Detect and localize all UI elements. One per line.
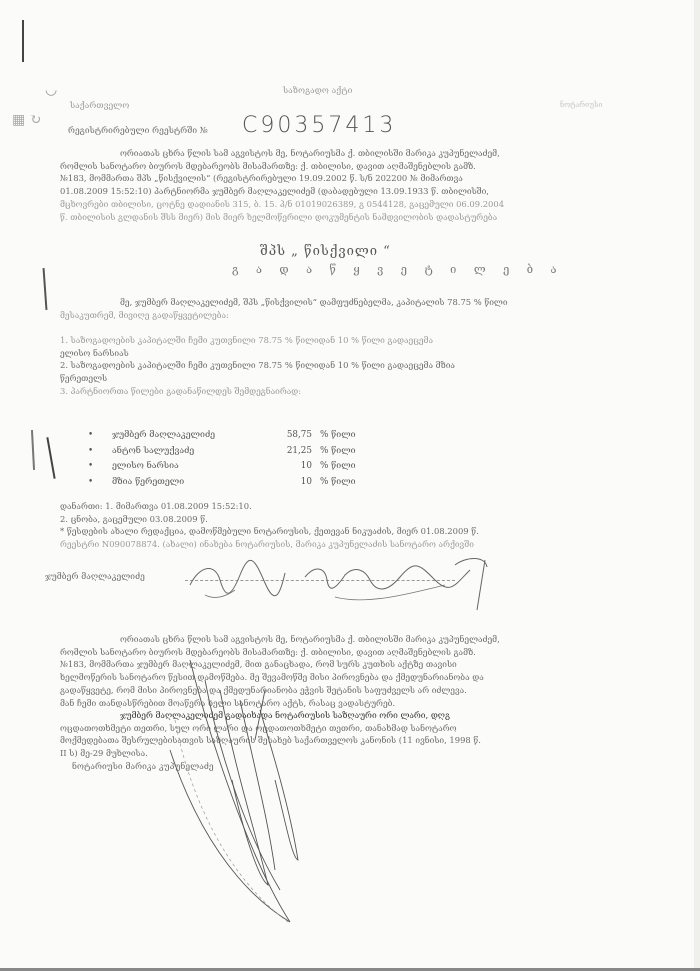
decision-intro: მე, ჯუმბერ მაღლაკელიძემ, შპს „წისქვილის“… <box>60 296 645 321</box>
margin-mark <box>31 430 35 470</box>
share-unit: % წილი <box>320 475 356 491</box>
share-percent: 21,25 <box>272 444 320 460</box>
decision-item-line: 3. პარტნიორთა წილები გადანაწილდეს შემდეგ… <box>60 385 645 398</box>
bullet-icon: • <box>88 428 112 444</box>
share-percent: 58,75 <box>272 428 320 444</box>
paragraph-line: ჯუმბერ მაღლაკელიძემ გადაიხადა ნოტარიუსის… <box>60 709 645 722</box>
paragraph-line: 01.08.2009 15:52:10) პარტნიორმა ჯუმბერ მ… <box>60 185 645 198</box>
decision-item-line: წერეთელს <box>60 372 645 385</box>
intro-paragraph: ორიათას ცხრა წლის სამ აგვისტოს მე, ნოტარ… <box>60 147 645 223</box>
paragraph-line: მესაკუთრემ, მივიღე გადაწყვეტილება: <box>60 309 645 322</box>
certification-paragraph: ორიათას ცხრა წლის სამ აგვისტოს მე, ნოტარ… <box>60 633 645 709</box>
share-percent: 10 <box>272 459 320 475</box>
paragraph-line: ორიათას ცხრა წლის სამ აგვისტოს მე, ნოტარ… <box>60 147 645 160</box>
decision-items: 1. საზოგადოების კაპიტალში ჩემი კუთვნილი … <box>60 334 645 398</box>
decision-item-line: ელისო ნარსიას <box>60 347 645 360</box>
share-holder-name: ანტონ სალუქვაძე <box>112 444 272 460</box>
paragraph-line: ოცდათოთხმეტი თეთრი, სულ ორი ლარი და ოცდა… <box>60 722 645 735</box>
share-holder-name: მზია წერეთელი <box>112 475 272 491</box>
attachments-notes: დანართი: 1. მიმართვა 01.08.2009 15:52:10… <box>60 500 645 551</box>
note-line: დანართი: 1. მიმართვა 01.08.2009 15:52:10… <box>60 500 645 513</box>
paragraph-line: ხელმოწერის სანოტარო წესით დამოწმება. მე … <box>60 671 645 684</box>
notary-signature-icon <box>150 660 310 950</box>
paragraph-line: წ. თბილისის გლდანის შსს მიერ) მის მიერ ხ… <box>60 211 645 224</box>
header-left-label: საქართველო <box>70 99 129 112</box>
share-percent: 10 <box>272 475 320 491</box>
note-line: რეესტრი N090078874. (ახალი) ინახება ნოტა… <box>60 538 645 551</box>
note-line: 2. ცნობა, გაცემული 03.08.2009 წ. <box>60 513 645 526</box>
bullet-icon: • <box>88 475 112 491</box>
margin-mark <box>43 268 48 310</box>
decision-item-line: 2. საზოგადოების კაპიტალში ჩემი კუთვნილი … <box>60 359 645 372</box>
share-holder-name: ჯუმბერ მაღლაკელიძე <box>112 428 272 444</box>
margin-mark <box>22 20 24 62</box>
decision-item-line: 1. საზოგადოების კაპიტალში ჩემი კუთვნილი … <box>60 334 645 347</box>
header-center-title: საზოგადო აქტი <box>283 84 352 97</box>
bullet-icon: • <box>88 459 112 475</box>
paragraph-line: II ს) მე-29 მუხლისა. <box>60 747 645 760</box>
header-right-label: ნოტარიუსი <box>560 99 603 112</box>
margin-mark <box>46 437 55 479</box>
share-item: • ელისო ნარსია 10 % წილი <box>88 459 356 475</box>
share-item: • მზია წერეთელი 10 % წილი <box>88 475 356 491</box>
paragraph-line: რომლის სანოტარო ბიუროს მდებარეობს მისამა… <box>60 646 645 659</box>
paragraph-line: რომლის სანოტარო ბიუროს მდებარეობს მისამა… <box>60 160 645 173</box>
share-item: • ჯუმბერ მაღლაკელიძე 58,75 % წილი <box>88 428 356 444</box>
signature-scribble-icon <box>185 555 495 615</box>
note-line: * წესდების ახალი რედაქცია, დამოწმებული ნ… <box>60 525 645 538</box>
paragraph-line: №183, მომმართა ჯუმბერ მაღლაკელიძემ, მით … <box>60 658 645 671</box>
document-subtitle: გ ა დ ა წ ყ ვ ე ტ ი ლ ე ბ ა <box>232 263 563 276</box>
paragraph-line: მან ჩემი თანდასწრებით მოაწერა ხელი სანოტ… <box>60 697 645 710</box>
share-unit: % წილი <box>320 444 356 460</box>
share-item: • ანტონ სალუქვაძე 21,25 % წილი <box>88 444 356 460</box>
seal-fragment-icon: ◡ <box>45 82 57 98</box>
share-holder-name: ელისო ნარსია <box>112 459 272 475</box>
stamp-fragment-icon: ▦ ↻ <box>12 112 41 128</box>
paragraph-line: გადაწყვეტე, რომ მისი პიროვნება და ქმედუნ… <box>60 684 645 697</box>
paragraph-line: №183, მომმართა შპს „წისქვილის“ (რეგისტრი… <box>60 172 645 185</box>
document-company-title: შპს „ წისქვილი “ <box>260 244 391 259</box>
paragraph-line: მოქმედებათა შესრულებისათვის საზღაურის შე… <box>60 734 645 747</box>
signature-label: ჯუმბერ მაღლაკელიძე <box>45 570 145 583</box>
paragraph-line: ორიათას ცხრა წლის სამ აგვისტოს მე, ნოტარ… <box>60 633 645 646</box>
registry-label: რეგისტრირებული რეესტრში № <box>68 124 208 137</box>
share-unit: % წილი <box>320 428 356 444</box>
bullet-icon: • <box>88 444 112 460</box>
share-unit: % წილი <box>320 459 356 475</box>
paragraph-line: მცხოვრები თბილისი, ცოტნე დადიანის 315, ბ… <box>60 198 645 211</box>
paragraph-line: მე, ჯუმბერ მაღლაკელიძემ, შპს „წისქვილის“… <box>60 296 645 309</box>
share-list: • ჯუმბერ მაღლაკელიძე 58,75 % წილი • ანტო… <box>88 428 356 490</box>
registry-number: C90357413 <box>242 113 396 138</box>
fee-paragraph: ჯუმბერ მაღლაკელიძემ გადაიხადა ნოტარიუსის… <box>60 709 645 760</box>
page-edge <box>694 0 700 971</box>
